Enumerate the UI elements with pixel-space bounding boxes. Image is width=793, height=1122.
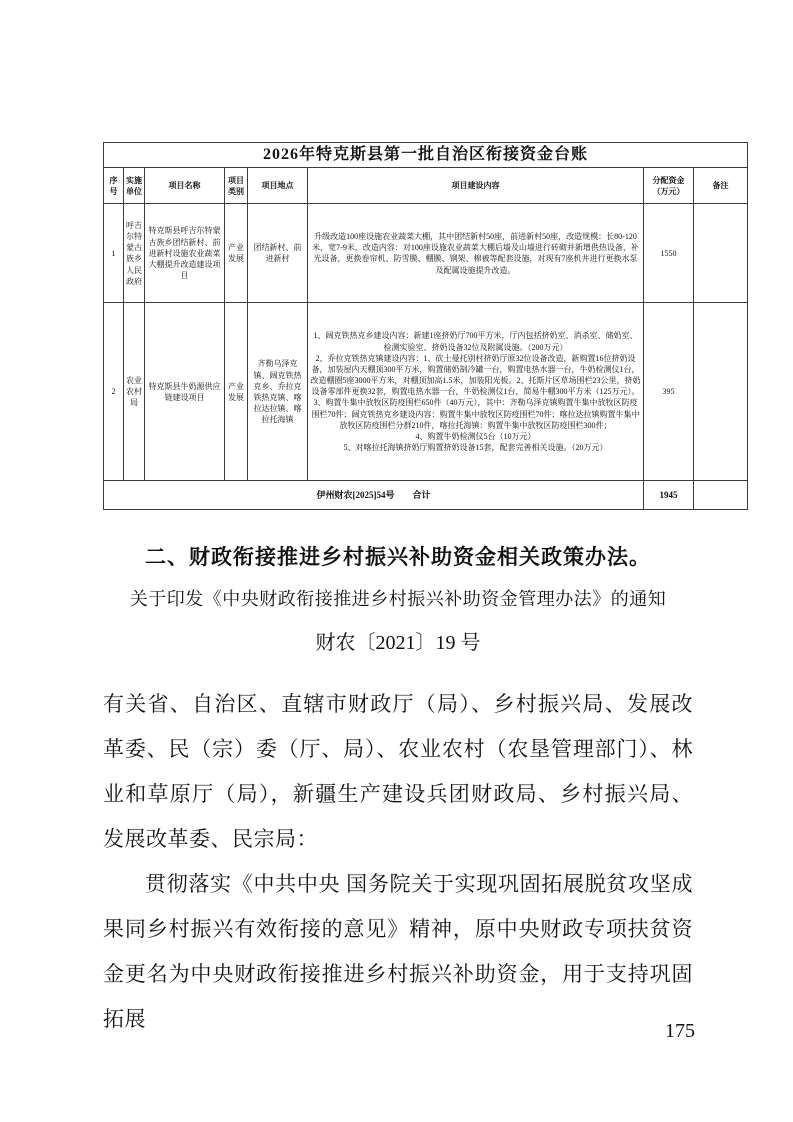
cell-category: 产业发展: [225, 204, 248, 303]
document-page: 2026年特克斯县第一批自治区衔接资金台账 序号 实施单位 项目名称 项目类别 …: [0, 0, 793, 1122]
cell-category: 产业发展: [225, 303, 248, 481]
cell-unit: 呼吉尔特蒙古族乡人民政府: [124, 204, 145, 303]
footer-label-cell: 伊州财农[2025]54号 合计: [104, 481, 644, 510]
header-remark: 备注: [694, 168, 748, 204]
cell-name: 特克斯县牛奶源供应链建设项目: [145, 303, 225, 481]
section-subheading: 关于印发《中央财政衔接推进乡村振兴补助资金管理办法》的通知: [103, 585, 693, 611]
cell-content: 升级改造100座设施农业蔬菜大棚，其中团结新村50座，前进新村50座，改造规模：…: [308, 204, 644, 303]
cell-remark: [694, 204, 748, 303]
ledger-table: 2026年特克斯县第一批自治区衔接资金台账 序号 实施单位 项目名称 项目类别 …: [103, 142, 748, 510]
cell-unit: 农业农村局: [124, 303, 145, 481]
header-name: 项目名称: [145, 168, 225, 204]
page-number: 175: [645, 1020, 715, 1043]
section-doc-number: 财农〔2021〕19 号: [103, 626, 693, 655]
cell-remark: [694, 303, 748, 481]
cell-location: 齐勒乌泽克镇、阔克铁热克乡、乔拉克铁热克镇、喀拉达拉镇、喀拉托海镇: [248, 303, 308, 481]
policy-section-header: 二、财政衔接推进乡村振兴补助资金相关政策办法。 关于印发《中央财政衔接推进乡村振…: [103, 541, 693, 655]
header-location: 项目地点: [248, 168, 308, 204]
table-row: 1 呼吉尔特蒙古族乡人民政府 特克斯县呼吉尔特蒙古族乡团结新村、前进新村设施农业…: [104, 204, 748, 303]
cell-no: 1: [104, 204, 124, 303]
cell-amount: 1550: [644, 204, 694, 303]
body-paragraph-1: 有关省、自治区、直辖市财政厅（局）、乡村振兴局、发展改革委、民（宗）委（厅、局）…: [103, 682, 693, 862]
header-amount: 分配资金（万元）: [644, 168, 694, 204]
section-heading: 二、财政衔接推进乡村振兴补助资金相关政策办法。: [103, 541, 693, 571]
cell-name: 特克斯县呼吉尔特蒙古族乡团结新村、前进新村设施农业蔬菜大棚提升改造建设项目: [145, 204, 225, 303]
footer-total-cell: 1945: [644, 481, 694, 510]
footer-remark-cell: [694, 481, 748, 510]
cell-content: 1、阔克铁热克乡建设内容：新建1座挤奶厅700平方米，厅内包括挤奶室、消杀室、储…: [308, 303, 644, 481]
cell-location: 团结新村、前进新村: [248, 204, 308, 303]
table-footer-row: 伊州财农[2025]54号 合计 1945: [104, 481, 748, 510]
header-content: 项目建设内容: [308, 168, 644, 204]
table-title: 2026年特克斯县第一批自治区衔接资金台账: [104, 143, 748, 168]
table-row: 2 农业农村局 特克斯县牛奶源供应链建设项目 产业发展 齐勒乌泽克镇、阔克铁热克…: [104, 303, 748, 481]
body-text: 有关省、自治区、直辖市财政厅（局）、乡村振兴局、发展改革委、民（宗）委（厅、局）…: [103, 682, 693, 1042]
header-unit: 实施单位: [124, 168, 145, 204]
header-no: 序号: [104, 168, 124, 204]
cell-amount: 395: [644, 303, 694, 481]
body-paragraph-2: 贯彻落实《中共中央 国务院关于实现巩固拓展脱贫攻坚成果同乡村振兴有效衔接的意见》…: [103, 862, 693, 1042]
cell-no: 2: [104, 303, 124, 481]
header-category: 项目类别: [225, 168, 248, 204]
